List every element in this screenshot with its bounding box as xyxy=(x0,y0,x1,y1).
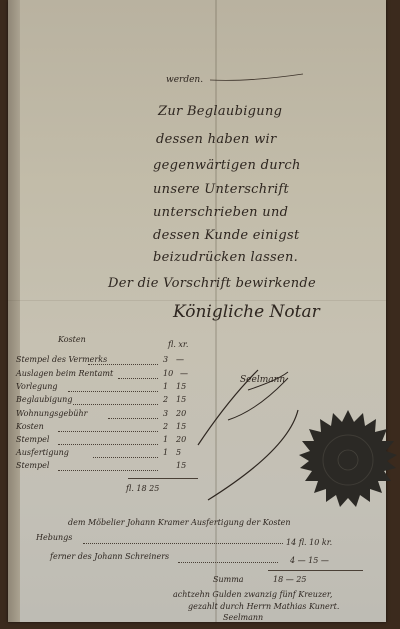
fee-row-label: Ausfertigung xyxy=(16,448,69,457)
fee-row-xr: 20 xyxy=(176,409,186,418)
opening-word: werden. xyxy=(166,75,203,85)
fee-row-fl: 2 xyxy=(163,395,168,404)
leader-dots xyxy=(58,444,158,445)
body-line: gegenwärtigen durch xyxy=(153,158,301,173)
closing-line-1: achtzehn Gulden zwanzig fünf Kreuzer, xyxy=(173,590,332,599)
note-line-1: dem Möbelier Johann Kramer Ausfertigung … xyxy=(68,518,291,527)
leader-dots xyxy=(93,457,158,458)
page-edge-strip xyxy=(8,0,20,622)
leader-dots xyxy=(68,391,158,392)
fee-row-label: Stempel xyxy=(16,461,49,470)
fee-row-xr: 20 xyxy=(176,435,186,444)
fee-table-total: fl. 18 25 xyxy=(126,484,159,493)
leader-dots xyxy=(58,431,158,432)
fee-row-fl: 10 xyxy=(163,369,173,378)
fee-row-label: Stempel xyxy=(16,435,49,444)
leader-dots xyxy=(118,378,158,379)
horizontal-fold-line xyxy=(8,300,386,301)
leader-dots xyxy=(178,562,278,563)
body-line: dessen Kunde einigst xyxy=(153,228,299,243)
body-line: unsere Unterschrift xyxy=(153,182,289,197)
fee-table-units: fl. xr. xyxy=(168,340,188,349)
body-line: beizudrücken lassen. xyxy=(153,250,298,265)
fee-row-xr: 5 xyxy=(176,448,181,457)
fee-row-xr: 15 xyxy=(176,422,186,431)
closing-signature: Seelmann xyxy=(223,613,263,622)
fee-table-header: Kosten xyxy=(58,335,86,344)
note-line-2-amount: 14 fl. 10 kr. xyxy=(286,538,332,547)
fee-row-xr: — xyxy=(180,369,188,378)
fee-row-label: Vorlegung xyxy=(16,382,58,391)
wax-seal-icon xyxy=(298,410,398,510)
fee-row-xr: 15 xyxy=(176,461,186,470)
note-line-3-amount: 4 — 15 — xyxy=(290,556,329,565)
fee-row-xr: — xyxy=(176,355,184,364)
leader-dots xyxy=(108,418,158,419)
signature-flourish xyxy=(188,360,308,510)
fee-row-xr: 15 xyxy=(176,395,186,404)
fee-row-label: Wohnungsgebühr xyxy=(16,409,87,418)
fee-row-xr: 15 xyxy=(176,382,186,391)
body-line: Zur Beglaubigung xyxy=(158,104,282,119)
leader-dots xyxy=(88,364,158,365)
note-line-3-label: ferner des Johann Schreiners xyxy=(50,552,169,561)
fee-row-fl: 3 xyxy=(163,355,168,364)
summa-rule xyxy=(268,570,363,571)
flourish-line xyxy=(208,72,308,84)
note-line-2-label: Hebungs xyxy=(36,533,72,542)
fee-row-fl: 1 xyxy=(163,435,168,444)
signature-line-1: Der die Vorschrift bewirkende xyxy=(108,276,316,291)
leader-dots xyxy=(73,404,158,405)
summa-amount: 18 — 25 xyxy=(273,575,306,584)
fee-row-fl: 1 xyxy=(163,448,168,457)
fee-row-fl: 1 xyxy=(163,382,168,391)
fee-row-fl: 2 xyxy=(163,422,168,431)
document-page: werden. Zur Beglaubigung dessen haben wi… xyxy=(8,0,386,622)
leader-dots xyxy=(83,543,283,544)
body-line: unterschrieben und xyxy=(153,205,288,220)
closing-line-2: gezahlt durch Herrn Mathias Kunert. xyxy=(188,602,339,611)
fee-row-label: Stempel des Vermerks xyxy=(16,355,107,364)
fee-row-fl: 3 xyxy=(163,409,168,418)
leader-dots xyxy=(58,470,158,471)
summa-label: Summa xyxy=(213,575,244,584)
fee-row-label: Kosten xyxy=(16,422,44,431)
signature-line-2: Königliche Notar xyxy=(173,302,320,322)
fee-row-label: Auslagen beim Rentamt xyxy=(16,369,113,378)
fee-row-label: Beglaubigung xyxy=(16,395,72,404)
body-line: dessen haben wir xyxy=(156,132,277,147)
